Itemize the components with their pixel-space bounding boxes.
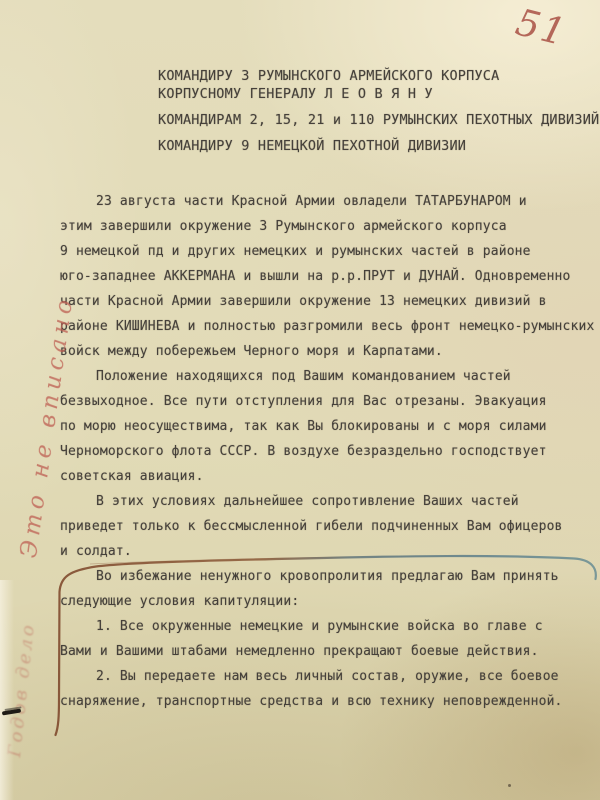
scanned-document-page: 51 КОМАНДИРУ 3 РУМЫНСКОГО АРМЕЙСКОГО КОР…	[0, 0, 600, 800]
typewritten-line: снаряжение, транспортные средства и всю …	[60, 689, 594, 714]
address-line: КОМАНДИРУ 9 НЕМЕЦКОЙ ПЕХОТНОЙ ДИВИЗИИ	[158, 137, 599, 155]
typewritten-line: юго-западнее АККЕРМАНА и вышли на р.р.ПР…	[60, 264, 594, 289]
typewritten-line: следующие условия капитуляции:	[60, 589, 594, 614]
typewritten-line: по морю неосуществима, так как Вы блокир…	[60, 414, 594, 439]
typewritten-line: Вами и Вашими штабами немедленно прекращ…	[60, 639, 594, 664]
typewritten-line: войск между побережьем Черного моря и Ка…	[60, 339, 594, 364]
typewritten-line: этим завершили окружение 3 Румынского ар…	[60, 214, 594, 239]
typewritten-line: безвыходное. Все пути отступления для Ва…	[60, 389, 594, 414]
typewritten-line: 1. Все окруженные немецкие и румынские в…	[60, 614, 594, 639]
document-body: 23 августа части Красной Армии овладели …	[60, 189, 594, 714]
typewritten-line: приведет только к бессмысленной гибели п…	[60, 514, 594, 539]
typewritten-line: 9 немецкой пд и других немецких и румынс…	[60, 239, 594, 264]
address-line: КОМАНДИРУ 3 РУМЫНСКОГО АРМЕЙСКОГО КОРПУС…	[158, 67, 599, 85]
handwritten-page-number: 51	[512, 0, 572, 54]
typewritten-line: районе КИШИНЕВА и полностью разгромили в…	[60, 314, 594, 339]
typewritten-line: 2. Вы передаете нам весь личный состав, …	[60, 664, 594, 689]
typewritten-line: части Красной Армии завершили окружение …	[60, 289, 594, 314]
typewritten-line: 23 августа части Красной Армии овладели …	[60, 189, 594, 214]
address-line: КОМАНДИРАМ 2, 15, 21 и 110 РУМЫНСКИХ ПЕХ…	[158, 111, 599, 129]
typewritten-line: Во избежание ненужного кровопролития пре…	[60, 564, 594, 589]
paper-speck	[508, 784, 511, 787]
typewritten-line: Черноморского флота СССР. В воздухе безр…	[60, 439, 594, 464]
paper-edge-strip	[0, 580, 14, 800]
typewritten-line: Положение находящихся под Вашим командов…	[60, 364, 594, 389]
typewritten-line: советская авиация.	[60, 464, 594, 489]
address-line: КОРПУСНОМУ ГЕНЕРАЛУ Л Е О В Я Н У	[158, 85, 599, 103]
address-header: КОМАНДИРУ 3 РУМЫНСКОГО АРМЕЙСКОГО КОРПУС…	[158, 67, 599, 155]
typewritten-line: и солдат.	[60, 539, 594, 564]
typewritten-line: В этих условиях дальнейшее сопротивление…	[60, 489, 594, 514]
